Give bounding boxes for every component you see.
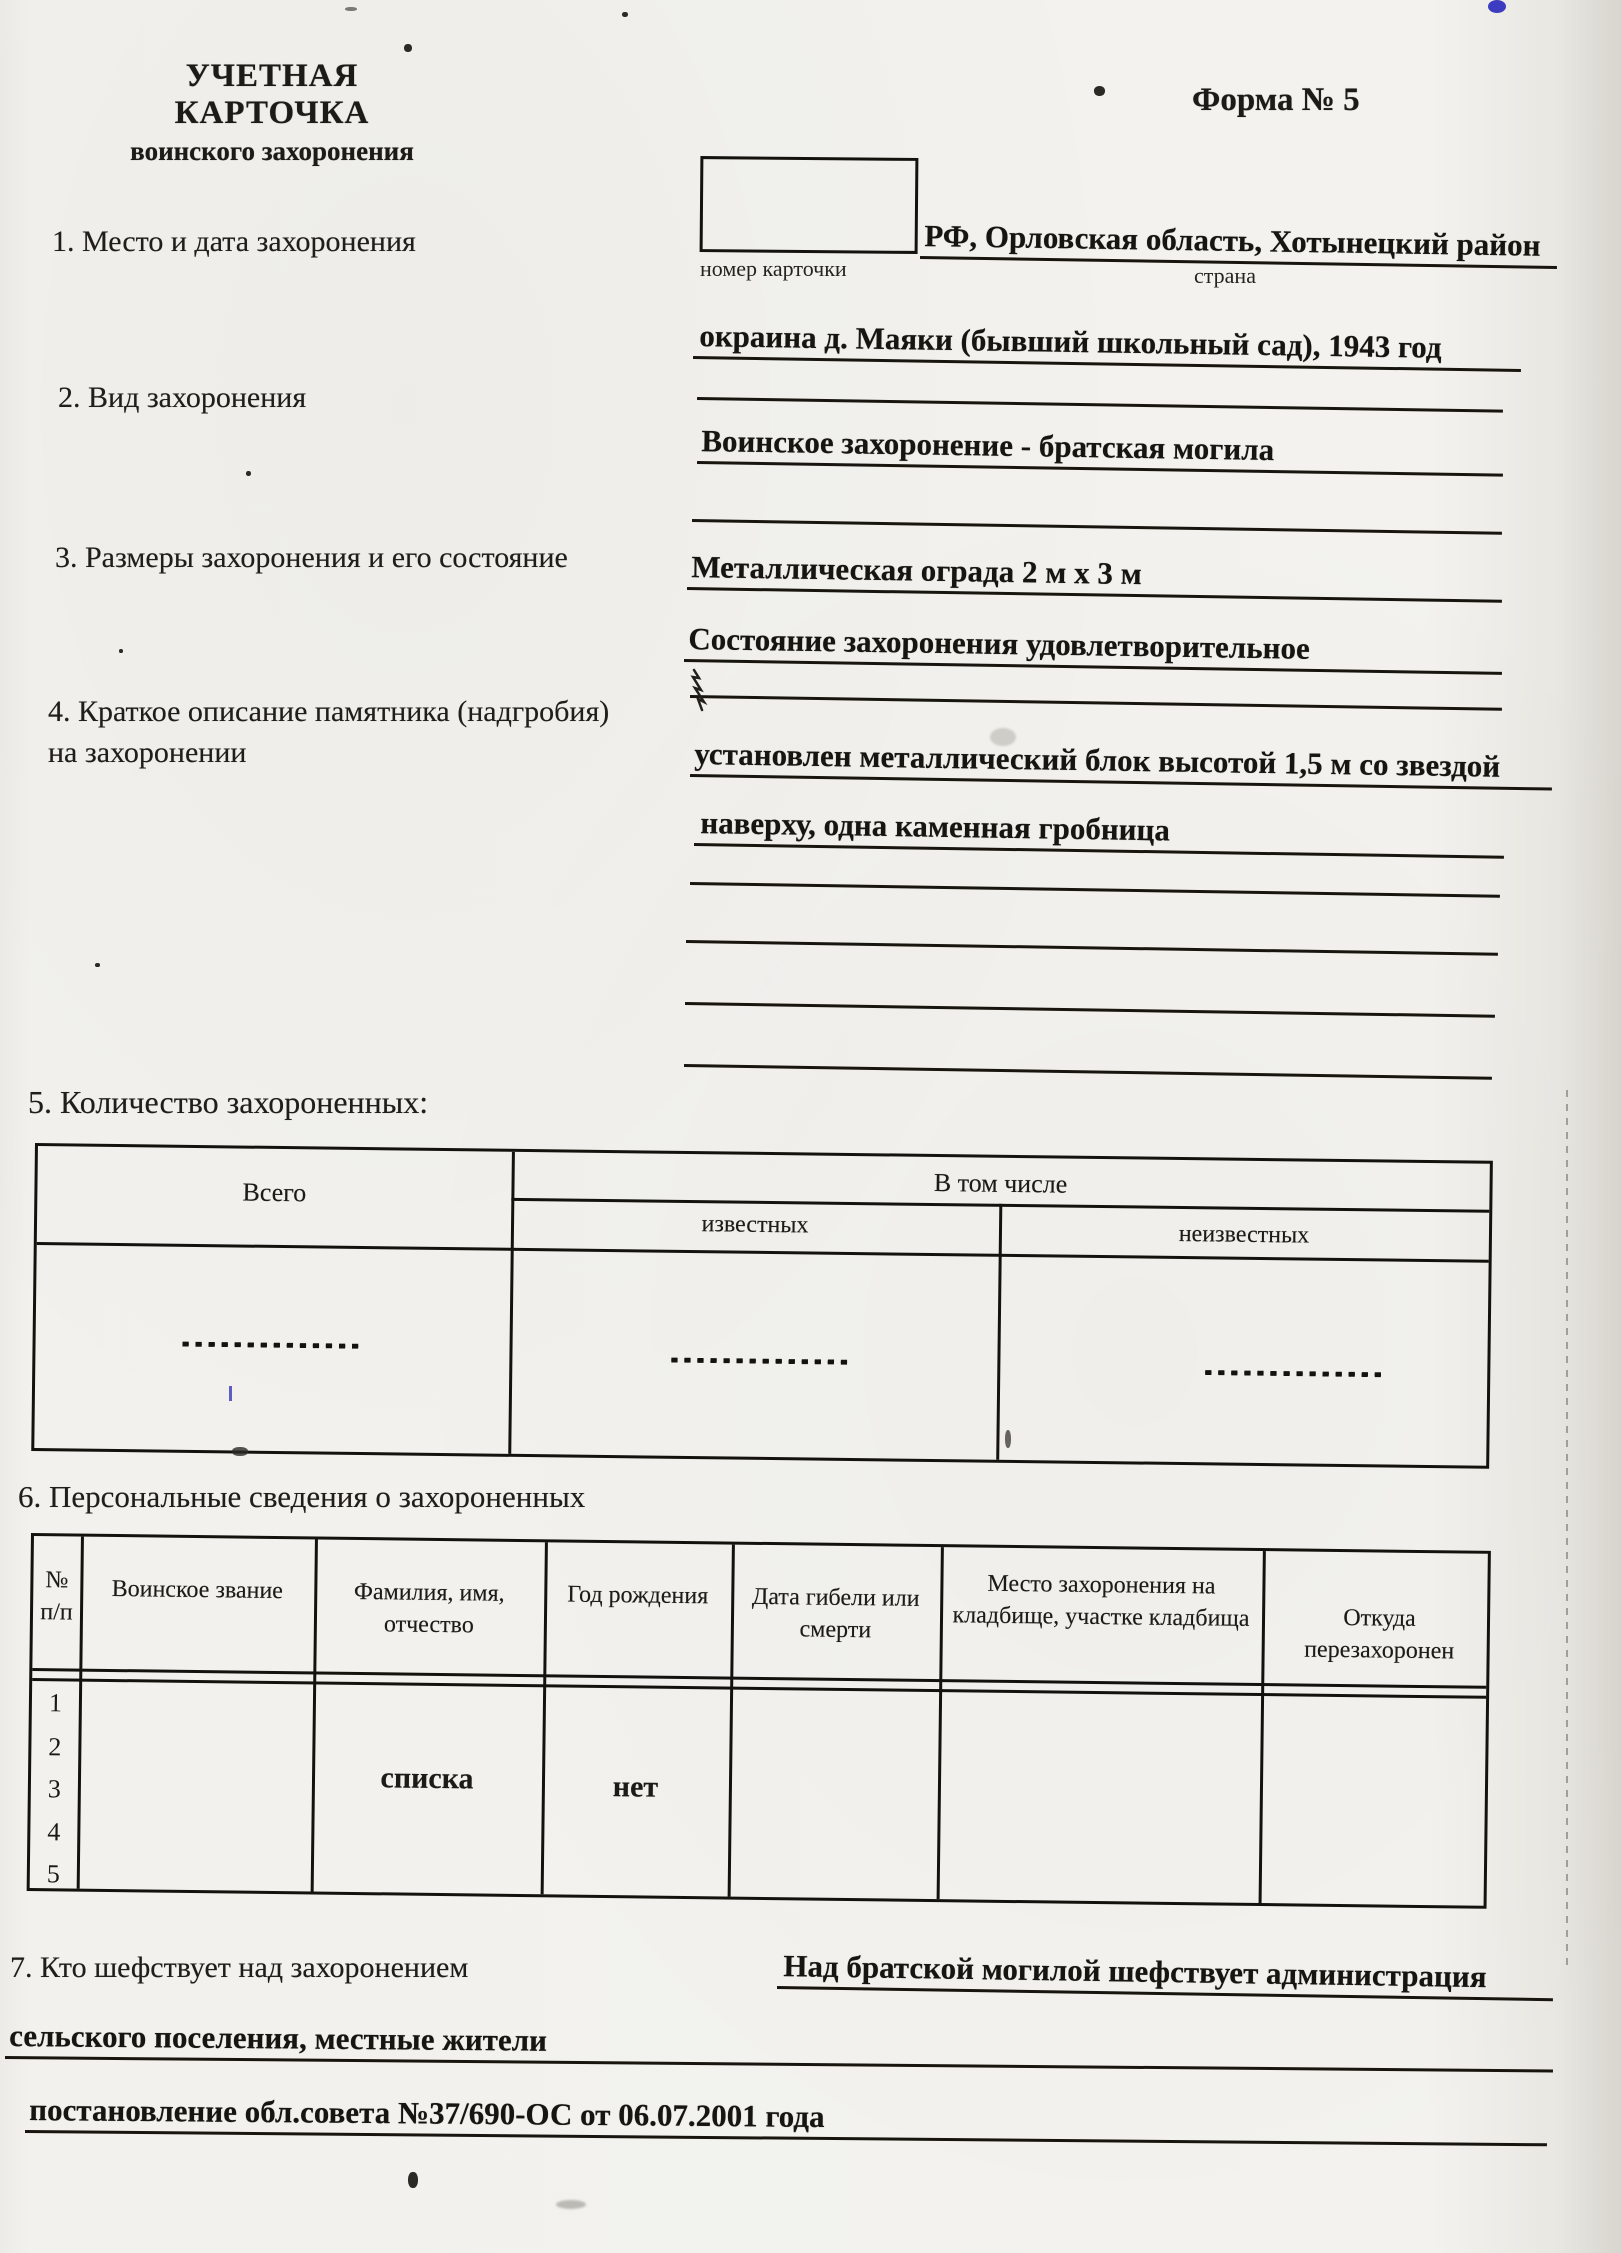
- field-label-burial-type: 2. Вид захоронения: [58, 380, 306, 416]
- persons-header-rule-1: [32, 1668, 1486, 1689]
- form-number: Форма № 5: [1192, 82, 1360, 119]
- persons-header-name: Фамилия, имя, отчество: [324, 1576, 535, 1643]
- scanned-burial-card-page: УЧЕТНАЯ КАРТОЧКА воинского захоронения Ф…: [0, 0, 1622, 2253]
- blank-line-7: [684, 1024, 1493, 1080]
- section6-title: 6. Персональные сведения о захороненных: [18, 1478, 585, 1515]
- blue-ink-tick: [229, 1386, 232, 1401]
- monument-label-line2: на захоронении: [48, 733, 708, 774]
- persons-header-rule-2: [32, 1678, 1486, 1699]
- resolution-line: постановление обл.совета №37/690-ОС от 0…: [25, 2082, 1547, 2146]
- scan-speck: [404, 44, 412, 52]
- country-caption: страна: [1140, 263, 1310, 289]
- card-number-caption: номер карточки: [700, 256, 847, 282]
- field-label-size-condition: 3. Размеры захоронения и его состояние: [55, 540, 568, 576]
- field-label-place-date: 1. Место и дата захоронения: [52, 224, 416, 260]
- persons-col-line-3: [541, 1542, 548, 1894]
- count-known-dashes: --------------: [668, 1346, 851, 1372]
- country-field-line: РФ, Орловская область, Хотынецкий район: [920, 208, 1558, 269]
- scan-smudge: [556, 2200, 586, 2209]
- caretaker-line-1: Над братской могилой шефствует администр…: [777, 1936, 1554, 2001]
- blue-ink-dot: [1488, 0, 1506, 13]
- persons-col-line-4: [728, 1545, 735, 1897]
- size-value: Металлическая ограда 2 м х 3 м: [687, 550, 1142, 594]
- burial-type-line: Воинское захоронение - братская могила: [697, 411, 1504, 477]
- persons-row-number-4: 4: [30, 1817, 77, 1848]
- count-header-unknown: неизвестных: [999, 1216, 1489, 1254]
- monument-line-1: установлен металлический блок высотой 1,…: [690, 722, 1553, 791]
- monument-label-line1: 4. Краткое описание памятника (надгробия…: [48, 692, 708, 733]
- persons-header-death-date: Дата гибели или смерти: [741, 1581, 931, 1648]
- persons-table: № п/п Воинское звание Фамилия, имя, отче…: [27, 1533, 1491, 1909]
- scan-speck: [119, 649, 123, 653]
- size-line: Металлическая ограда 2 м х 3 м: [687, 537, 1503, 603]
- persons-row-number-1: 1: [32, 1688, 79, 1719]
- section5-title: 5. Количество захороненных:: [28, 1083, 428, 1121]
- count-total-dashes: --------------: [179, 1330, 362, 1356]
- persons-row-number-5: 5: [30, 1859, 77, 1890]
- persons-note-spiska: списка: [312, 1757, 542, 1800]
- card-number-box: [700, 156, 919, 254]
- section7-label: 7. Кто шефствует над захоронением: [10, 1950, 468, 1986]
- persons-col-line-5: [937, 1547, 944, 1899]
- persons-row-number-3: 3: [31, 1774, 78, 1805]
- caretaker-line-2: сельского поселения, местные жители: [5, 2008, 1553, 2073]
- count-header-known: известных: [511, 1206, 999, 1244]
- scan-speck: [95, 963, 100, 967]
- persons-col-line-6: [1259, 1551, 1266, 1903]
- country-value: РФ, Орловская область, Хотынецкий район: [920, 219, 1541, 266]
- persons-row-number-2: 2: [31, 1732, 78, 1763]
- caretaker-value-2: сельского поселения, местные жители: [5, 2019, 547, 2061]
- count-unknown-dashes: --------------: [1202, 1358, 1385, 1384]
- persons-header-num: № п/п: [33, 1564, 81, 1629]
- scan-speck: [1005, 1430, 1011, 1448]
- resolution-value: постановление обл.совета №37/690-ОС от 0…: [25, 2093, 825, 2137]
- persons-note-net: нет: [542, 1766, 729, 1809]
- monument-value-1: установлен металлический блок высотой 1,…: [690, 737, 1500, 787]
- field-label-monument-description: 4. Краткое описание памятника (надгробия…: [48, 692, 708, 773]
- count-table: Всего В том числе известных неизвестных …: [31, 1143, 1493, 1469]
- scan-speck: [232, 1447, 248, 1456]
- persons-col-line-2: [311, 1539, 318, 1891]
- document-title: УЧЕТНАЯ КАРТОЧКА: [112, 58, 432, 132]
- scan-speck: [1094, 86, 1105, 96]
- count-header-total: Всего: [37, 1172, 511, 1213]
- burial-type-value: Воинское захоронение - братская могила: [697, 424, 1274, 470]
- persons-header-rank: Воинское звание: [90, 1573, 304, 1608]
- persons-header-reburied-from: Откуда перезахоронен: [1271, 1601, 1487, 1668]
- scan-speck: [408, 2172, 418, 2188]
- blank-line-2: [692, 479, 1503, 535]
- scan-speck: [622, 12, 628, 17]
- scan-speck: [345, 7, 357, 11]
- scan-smudge: [990, 728, 1016, 746]
- caretaker-value-1: Над братской могилой шефствует администр…: [777, 1949, 1487, 1997]
- document-title-block: УЧЕТНАЯ КАРТОЧКА воинского захоронения: [112, 58, 432, 167]
- scan-speck: [246, 471, 251, 476]
- scan-edge-line: [1566, 1090, 1568, 1970]
- persons-header-birth-year: Год рождения: [554, 1578, 721, 1612]
- blank-line-5: [686, 900, 1499, 956]
- persons-header-grave-place: Место захоронения на кладбище, участке к…: [950, 1567, 1253, 1635]
- document-subtitle: воинского захоронения: [112, 136, 432, 167]
- blank-line-6: [685, 962, 1496, 1018]
